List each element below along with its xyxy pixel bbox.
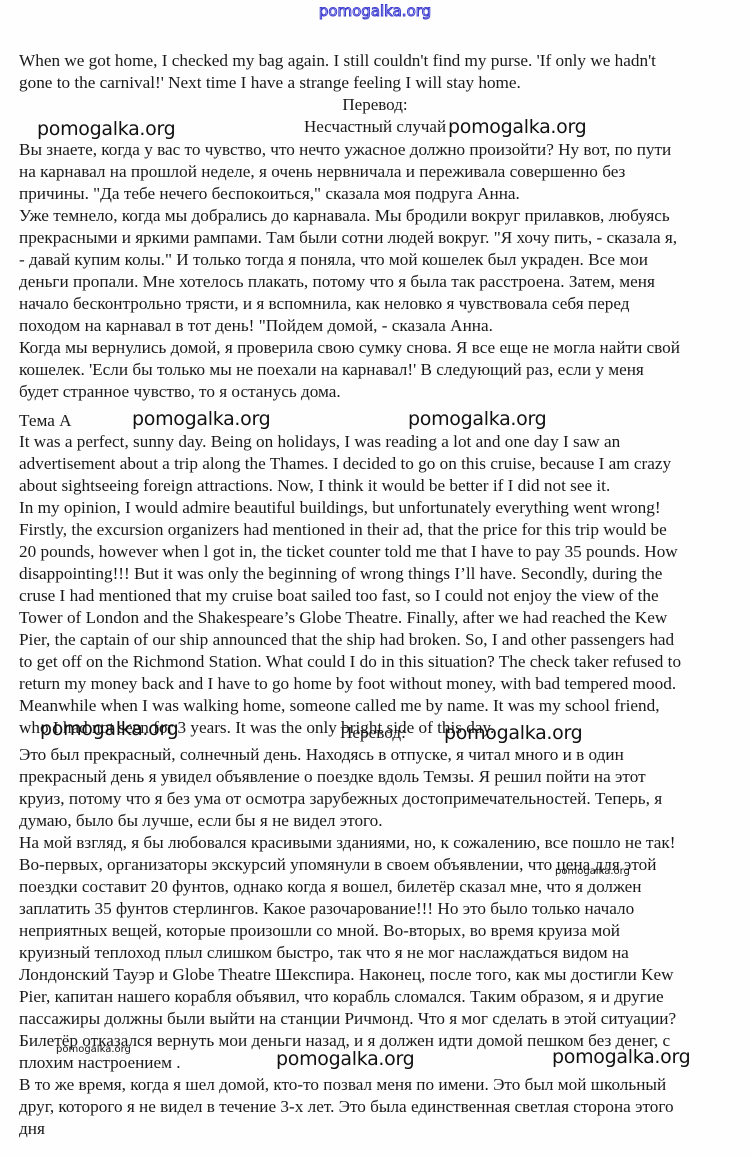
text-line: В то же время, когда я шел домой, кто-то…: [19, 1074, 666, 1096]
text-line: 20 pounds, however when l got in, the ti…: [19, 541, 678, 563]
translation-label: Перевод:: [340, 722, 406, 744]
text-line: about sightseeing foreign attractions. N…: [19, 475, 610, 497]
text-line: дня: [19, 1118, 45, 1140]
watermark: pomogalka.org: [444, 722, 582, 744]
watermark: pomogalka.org: [132, 408, 270, 430]
text-line: будет странное чувство, то я останусь до…: [19, 381, 341, 403]
text-line: disappointing!!! But it was only the beg…: [19, 563, 662, 585]
text-line: деньги пропали. Мне хотелось плакать, по…: [19, 271, 655, 293]
text-line: друг, которого я не видел в течение 3-х …: [19, 1096, 674, 1118]
text-line: Лондонский Тауэр и Globe Theatre Шекспир…: [19, 964, 674, 986]
text-line: поездки составит 20 фунтов, однако когда…: [19, 876, 641, 898]
text-line: It was a perfect, sunny day. Being on ho…: [19, 431, 620, 453]
document-page: pomogalka.org When we got home, I checke…: [0, 0, 750, 1157]
text-line: Pier, the captain of our ship announced …: [19, 629, 674, 651]
text-line: прекрасный день я увидел объявление о по…: [19, 766, 646, 788]
site-header-logo[interactable]: pomogalka.org: [0, 2, 750, 20]
text-line: Уже темнело, когда мы добрались до карна…: [19, 205, 670, 227]
watermark: pomogalka.org: [408, 408, 546, 430]
section-heading: Тема А: [19, 410, 72, 432]
text-line: причины. "Да тебе нечего беспокоиться," …: [19, 183, 520, 205]
text-line: неприятных вещей, которые произошли со м…: [19, 920, 620, 942]
text-line: In my opinion, I would admire beautiful …: [19, 497, 661, 519]
watermark: pomogalka.org: [40, 718, 178, 740]
text-line: cruse I had mentioned that my cruise boa…: [19, 585, 659, 607]
text-line: пассажиры должны были выйти на станции Р…: [19, 1008, 676, 1030]
text-line: прекрасными и яркими рампами. Там были с…: [19, 227, 677, 249]
text-line: плохим настроением .: [19, 1052, 181, 1074]
text-line: Pier, капитан нашего корабля объявил, чт…: [19, 986, 664, 1008]
text-line: думаю, было бы лучше, если бы я не видел…: [19, 810, 383, 832]
text-line: to get off on the Richmond Station. What…: [19, 651, 681, 673]
text-line: Вы знаете, когда у вас то чувство, что н…: [19, 139, 671, 161]
text-line: When we got home, I checked my bag again…: [19, 50, 656, 72]
watermark: pomogalka.org: [552, 1046, 690, 1068]
text-line: return my money back and I have to go ho…: [19, 673, 676, 695]
text-line: Meanwhile when I was walking home, someo…: [19, 695, 660, 717]
watermark: pomogalka.org: [276, 1048, 414, 1070]
text-line: кошелек. 'Если бы только мы не поехали н…: [19, 359, 644, 381]
text-line: заплатить 35 фунтов стерлингов. Какое ра…: [19, 898, 634, 920]
text-line: начало бесконтрольно трясти, и я вспомни…: [19, 293, 629, 315]
text-line: advertisement about a trip along the Tha…: [19, 453, 671, 475]
text-line: Tower of London and the Shakespeare’s Gl…: [19, 607, 667, 629]
text-line: круиз, потому что я без ума от осмотра з…: [19, 788, 662, 810]
text-line: На мой взгляд, я бы любовался красивыми …: [19, 832, 675, 854]
text-line: круизный теплоход плыл слишком быстро, т…: [19, 942, 629, 964]
text-line: - давай купим колы." И только тогда я по…: [19, 249, 648, 271]
text-line: походом на карнавал в тот день! "Пойдем …: [19, 315, 493, 337]
translation-label: Перевод:: [0, 94, 750, 116]
text-line: на карнавал на прошлой неделе, я очень н…: [19, 161, 625, 183]
text-line: Firstly, the excursion organizers had me…: [19, 519, 667, 541]
text-line: Когда мы вернулись домой, я проверила св…: [19, 337, 680, 359]
watermark: pomogalka.org: [448, 116, 586, 138]
watermark: pomogalka.org: [37, 118, 175, 140]
text-line: gone to the carnival!' Next time I have …: [19, 72, 521, 94]
text-line: Это был прекрасный, солнечный день. Нахо…: [19, 744, 624, 766]
